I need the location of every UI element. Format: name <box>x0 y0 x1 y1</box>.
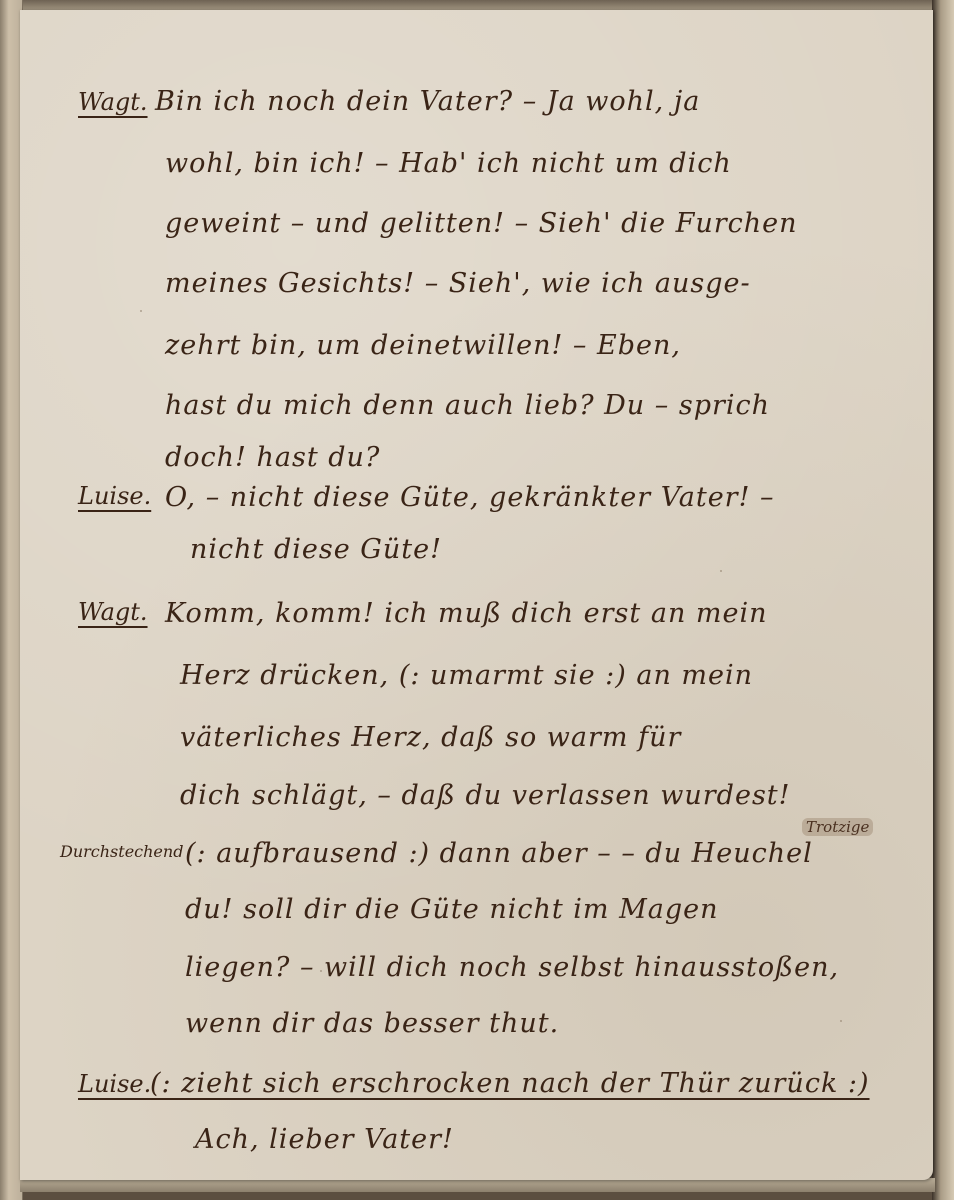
text-line: zehrt bin, um deinetwillen! – Eben, <box>165 330 681 361</box>
speaker-label: Luise. <box>78 482 151 510</box>
text-line: dich schlägt, – daß du verlassen wurdest… <box>180 780 791 811</box>
paper-speck <box>140 310 142 312</box>
page-bottom-edge <box>20 1178 935 1192</box>
text-line: liegen? – will dich noch selbst hinausst… <box>185 952 839 983</box>
text-line: Bin ich noch dein Vater? – Ja wohl, ja <box>155 86 700 117</box>
text-line: hast du mich denn auch lieb? Du – sprich <box>165 390 770 421</box>
manuscript-page: Wagt. Bin ich noch dein Vater? – Ja wohl… <box>20 10 933 1180</box>
text-line: wenn dir das besser thut. <box>185 1008 559 1039</box>
margin-note: Durchstechend <box>60 842 183 861</box>
paper-speck <box>580 170 582 172</box>
text-line: meines Gesichts! – Sieh', wie ich ausge- <box>165 268 751 299</box>
stage-direction-line: (: zieht sich erschrocken nach der Thür … <box>150 1068 870 1099</box>
text-line: wohl, bin ich! – Hab' ich nicht um dich <box>165 148 732 179</box>
correction-insert: Trotzige <box>802 818 873 836</box>
text-line: Komm, komm! ich muß dich erst an mein <box>165 598 768 629</box>
paper-speck <box>840 1020 842 1022</box>
text-line: Herz drücken, (: umarmt sie :) an mein <box>180 660 753 691</box>
speaker-label: Luise. <box>78 1070 151 1098</box>
book-binding-right <box>932 0 954 1200</box>
text-line: nicht diese Güte! <box>190 534 442 565</box>
speaker-label: Wagt. <box>78 88 148 116</box>
text-line: doch! hast du? <box>165 442 380 473</box>
text-line: O, – nicht diese Güte, gekränkter Vater!… <box>165 482 775 513</box>
text-line: väterliches Herz, daß so warm für <box>180 722 681 753</box>
text-line: du! soll dir die Güte nicht im Magen <box>185 894 719 925</box>
speaker-label: Wagt. <box>78 598 148 626</box>
text-line: geweint – und gelitten! – Sieh' die Furc… <box>165 208 798 239</box>
text-line: Ach, lieber Vater! <box>195 1124 454 1155</box>
paper-speck <box>320 970 322 972</box>
text-line: (: aufbrausend :) dann aber – – du Heuch… <box>185 838 813 869</box>
paper-speck <box>720 570 722 572</box>
